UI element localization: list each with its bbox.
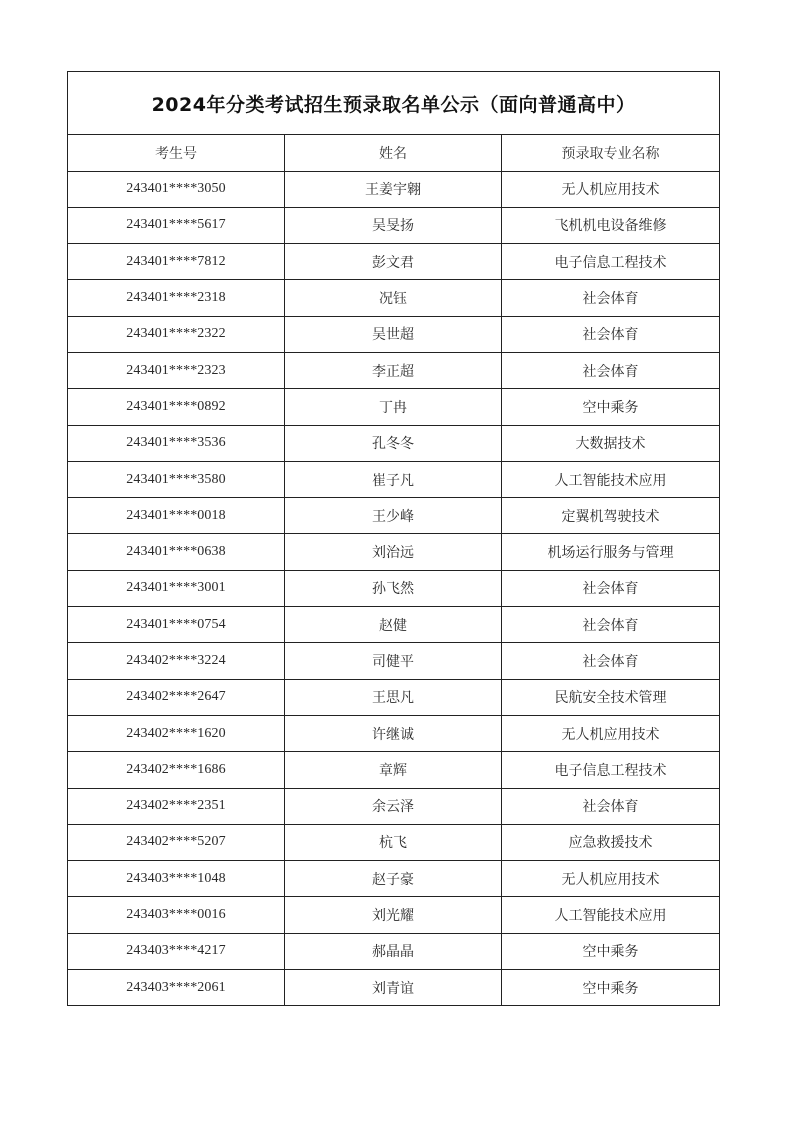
table-row: 243401****7812彭文君电子信息工程技术 bbox=[68, 244, 720, 280]
major-cell: 社会体育 bbox=[502, 607, 720, 643]
student-name-cell: 杭飞 bbox=[285, 824, 502, 860]
table-row: 243401****0754赵健社会体育 bbox=[68, 607, 720, 643]
major-cell: 大数据技术 bbox=[502, 425, 720, 461]
student-name-cell: 丁冉 bbox=[285, 389, 502, 425]
exam-id-cell: 243403****2061 bbox=[68, 970, 285, 1006]
student-name-cell: 况钰 bbox=[285, 280, 502, 316]
student-name-cell: 吴世超 bbox=[285, 316, 502, 352]
exam-id-cell: 243401****0892 bbox=[68, 389, 285, 425]
table-row: 243403****2061刘青谊空中乘务 bbox=[68, 970, 720, 1006]
table-row: 243403****1048赵子豪无人机应用技术 bbox=[68, 861, 720, 897]
table-row: 243402****2647王思凡民航安全技术管理 bbox=[68, 679, 720, 715]
major-cell: 飞机机电设备维修 bbox=[502, 207, 720, 243]
student-name-cell: 刘治远 bbox=[285, 534, 502, 570]
major-cell: 无人机应用技术 bbox=[502, 171, 720, 207]
table-row: 243401****2323李正超社会体育 bbox=[68, 352, 720, 388]
column-header-major: 预录取专业名称 bbox=[502, 135, 720, 172]
exam-id-cell: 243402****1686 bbox=[68, 752, 285, 788]
exam-id-cell: 243402****2351 bbox=[68, 788, 285, 824]
student-name-cell: 王少峰 bbox=[285, 498, 502, 534]
student-name-cell: 余云泽 bbox=[285, 788, 502, 824]
exam-id-cell: 243403****4217 bbox=[68, 933, 285, 969]
exam-id-cell: 243401****0018 bbox=[68, 498, 285, 534]
table-row: 243401****2318况钰社会体育 bbox=[68, 280, 720, 316]
major-cell: 空中乘务 bbox=[502, 933, 720, 969]
admission-list-table: 2024年分类考试招生预录取名单公示（面向普通高中） 考生号 姓名 预录取专业名… bbox=[67, 71, 720, 1006]
table-row: 243403****4217郝晶晶空中乘务 bbox=[68, 933, 720, 969]
student-name-cell: 赵子豪 bbox=[285, 861, 502, 897]
major-cell: 空中乘务 bbox=[502, 970, 720, 1006]
column-header-name: 姓名 bbox=[285, 135, 502, 172]
major-cell: 应急救援技术 bbox=[502, 824, 720, 860]
student-name-cell: 王姜宇翱 bbox=[285, 171, 502, 207]
student-name-cell: 吴旻扬 bbox=[285, 207, 502, 243]
exam-id-cell: 243401****7812 bbox=[68, 244, 285, 280]
exam-id-cell: 243401****3536 bbox=[68, 425, 285, 461]
exam-id-cell: 243401****2322 bbox=[68, 316, 285, 352]
header-row: 考生号 姓名 预录取专业名称 bbox=[68, 135, 720, 172]
document-title: 2024年分类考试招生预录取名单公示（面向普通高中） bbox=[68, 72, 720, 135]
student-name-cell: 章辉 bbox=[285, 752, 502, 788]
exam-id-cell: 243401****3050 bbox=[68, 171, 285, 207]
major-cell: 空中乘务 bbox=[502, 389, 720, 425]
major-cell: 社会体育 bbox=[502, 316, 720, 352]
table-row: 243401****3580崔子凡人工智能技术应用 bbox=[68, 461, 720, 497]
table-row: 243401****5617吴旻扬飞机机电设备维修 bbox=[68, 207, 720, 243]
exam-id-cell: 243401****0638 bbox=[68, 534, 285, 570]
exam-id-cell: 243402****1620 bbox=[68, 715, 285, 751]
table-row: 243403****0016刘光耀人工智能技术应用 bbox=[68, 897, 720, 933]
major-cell: 无人机应用技术 bbox=[502, 715, 720, 751]
exam-id-cell: 243401****5617 bbox=[68, 207, 285, 243]
table-row: 243402****2351余云泽社会体育 bbox=[68, 788, 720, 824]
title-row: 2024年分类考试招生预录取名单公示（面向普通高中） bbox=[68, 72, 720, 135]
major-cell: 电子信息工程技术 bbox=[502, 244, 720, 280]
column-header-exam-id: 考生号 bbox=[68, 135, 285, 172]
student-name-cell: 孙飞然 bbox=[285, 570, 502, 606]
student-name-cell: 孔冬冬 bbox=[285, 425, 502, 461]
student-name-cell: 司健平 bbox=[285, 643, 502, 679]
student-name-cell: 彭文君 bbox=[285, 244, 502, 280]
table-row: 243401****0638刘治远机场运行服务与管理 bbox=[68, 534, 720, 570]
major-cell: 社会体育 bbox=[502, 280, 720, 316]
exam-id-cell: 243402****5207 bbox=[68, 824, 285, 860]
student-name-cell: 刘光耀 bbox=[285, 897, 502, 933]
table-body: 243401****3050王姜宇翱无人机应用技术243401****5617吴… bbox=[68, 171, 720, 1006]
table-row: 243402****5207杭飞应急救援技术 bbox=[68, 824, 720, 860]
student-name-cell: 许继诚 bbox=[285, 715, 502, 751]
exam-id-cell: 243401****3001 bbox=[68, 570, 285, 606]
table-row: 243401****3536孔冬冬大数据技术 bbox=[68, 425, 720, 461]
major-cell: 人工智能技术应用 bbox=[502, 897, 720, 933]
table-row: 243401****0892丁冉空中乘务 bbox=[68, 389, 720, 425]
major-cell: 社会体育 bbox=[502, 570, 720, 606]
exam-id-cell: 243403****1048 bbox=[68, 861, 285, 897]
exam-id-cell: 243402****2647 bbox=[68, 679, 285, 715]
major-cell: 社会体育 bbox=[502, 643, 720, 679]
table-row: 243401****3050王姜宇翱无人机应用技术 bbox=[68, 171, 720, 207]
table-row: 243402****1620许继诚无人机应用技术 bbox=[68, 715, 720, 751]
exam-id-cell: 243403****0016 bbox=[68, 897, 285, 933]
student-name-cell: 李正超 bbox=[285, 352, 502, 388]
student-name-cell: 刘青谊 bbox=[285, 970, 502, 1006]
major-cell: 机场运行服务与管理 bbox=[502, 534, 720, 570]
table-row: 243402****3224司健平社会体育 bbox=[68, 643, 720, 679]
major-cell: 民航安全技术管理 bbox=[502, 679, 720, 715]
exam-id-cell: 243401****0754 bbox=[68, 607, 285, 643]
major-cell: 人工智能技术应用 bbox=[502, 461, 720, 497]
table-row: 243401****0018王少峰定翼机驾驶技术 bbox=[68, 498, 720, 534]
student-name-cell: 崔子凡 bbox=[285, 461, 502, 497]
student-name-cell: 郝晶晶 bbox=[285, 933, 502, 969]
exam-id-cell: 243401****2323 bbox=[68, 352, 285, 388]
student-name-cell: 赵健 bbox=[285, 607, 502, 643]
exam-id-cell: 243401****2318 bbox=[68, 280, 285, 316]
table-row: 243402****1686章辉电子信息工程技术 bbox=[68, 752, 720, 788]
major-cell: 定翼机驾驶技术 bbox=[502, 498, 720, 534]
major-cell: 无人机应用技术 bbox=[502, 861, 720, 897]
major-cell: 电子信息工程技术 bbox=[502, 752, 720, 788]
table-row: 243401****2322吴世超社会体育 bbox=[68, 316, 720, 352]
exam-id-cell: 243401****3580 bbox=[68, 461, 285, 497]
table-row: 243401****3001孙飞然社会体育 bbox=[68, 570, 720, 606]
major-cell: 社会体育 bbox=[502, 788, 720, 824]
student-name-cell: 王思凡 bbox=[285, 679, 502, 715]
exam-id-cell: 243402****3224 bbox=[68, 643, 285, 679]
major-cell: 社会体育 bbox=[502, 352, 720, 388]
